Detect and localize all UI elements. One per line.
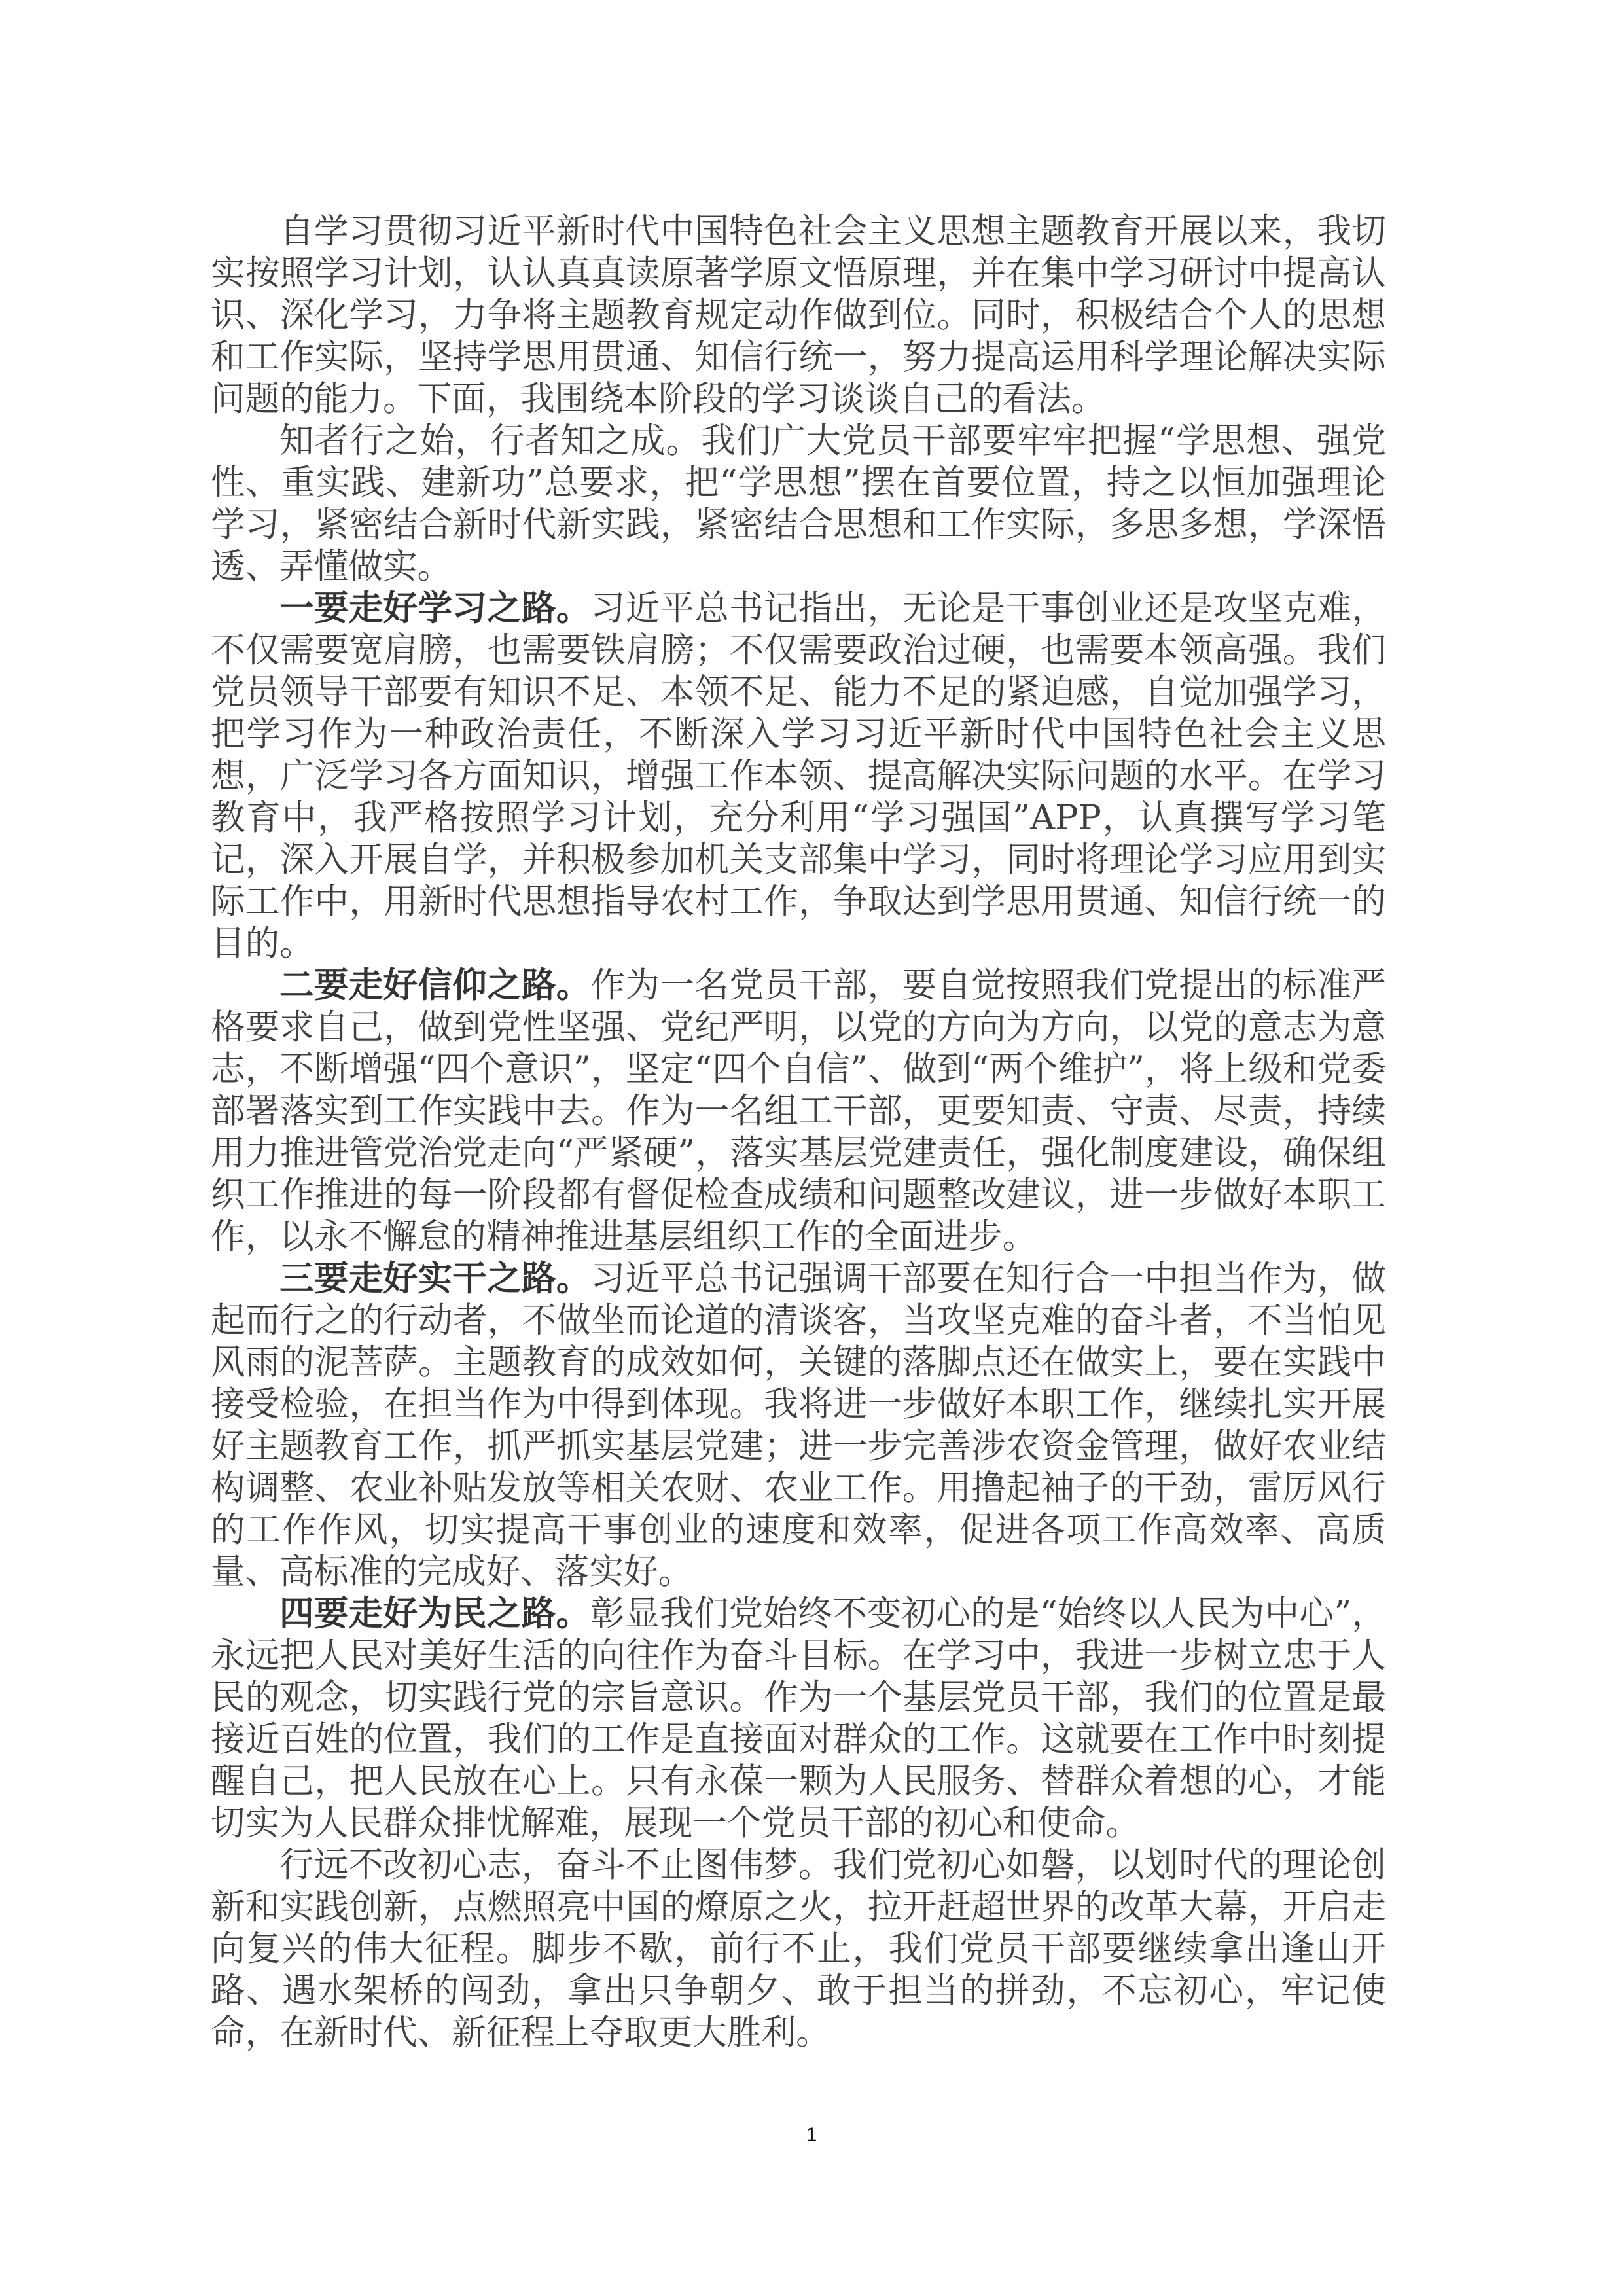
paragraph-knowledge-action: 知者行之始，行者知之成。我们广大党员干部要牢牢把握“学思想、强党性、重实践、建新…	[211, 420, 1386, 588]
document-page: 自学习贯彻习近平新时代中国特色社会主义思想主题教育开展以来，我切实按照学习计划，…	[0, 0, 1623, 2296]
paragraph-text: 自学习贯彻习近平新时代中国特色社会主义思想主题教育开展以来，我切实按照学习计划，…	[211, 211, 1386, 419]
page-number: 1	[0, 2122, 1623, 2148]
section-heading-study: 一要走好学习之路。	[279, 588, 591, 628]
paragraph-text: 知者行之始，行者知之成。我们广大党员干部要牢牢把握“学思想、强党性、重实践、建新…	[211, 421, 1386, 586]
paragraph-text: 作为一名党员干部，要自觉按照我们党提出的标准严格要求自己，做到党性坚强、党纪严明…	[211, 965, 1386, 1257]
paragraph-text: 习近平总书记指出，无论是干事创业还是攻坚克难，不仅需要宽肩膀，也需要铁肩膀；不仅…	[211, 588, 1386, 963]
section-heading-people: 四要走好为民之路。	[279, 1594, 590, 1634]
document-body: 自学习贯彻习近平新时代中国特色社会主义思想主题教育开展以来，我切实按照学习计划，…	[211, 211, 1386, 2054]
paragraph-study-path: 一要走好学习之路。习近平总书记指出，无论是干事创业还是攻坚克难，不仅需要宽肩膀，…	[211, 588, 1386, 965]
section-heading-faith: 二要走好信仰之路。	[279, 965, 591, 1005]
section-heading-practice: 三要走好实干之路。	[279, 1259, 591, 1299]
paragraph-text: 行远不改初心志，奋斗不止图伟梦。我们党初心如磐，以划时代的理论创新和实践创新，点…	[211, 1845, 1386, 2053]
paragraph-text: 习近平总书记强调干部要在知行合一中担当作为，做起而行之的行动者，不做坐而论道的清…	[211, 1259, 1386, 1592]
paragraph-practice-path: 三要走好实干之路。习近平总书记强调干部要在知行合一中担当作为，做起而行之的行动者…	[211, 1258, 1386, 1593]
paragraph-intro: 自学习贯彻习近平新时代中国特色社会主义思想主题教育开展以来，我切实按照学习计划，…	[211, 211, 1386, 420]
paragraph-faith-path: 二要走好信仰之路。作为一名党员干部，要自觉按照我们党提出的标准严格要求自己，做到…	[211, 965, 1386, 1258]
paragraph-conclusion: 行远不改初心志，奋斗不止图伟梦。我们党初心如磐，以划时代的理论创新和实践创新，点…	[211, 1844, 1386, 2054]
paragraph-people-path: 四要走好为民之路。彰显我们党始终不变初心的是“始终以人民为中心”，永远把人民对美…	[211, 1593, 1386, 1844]
